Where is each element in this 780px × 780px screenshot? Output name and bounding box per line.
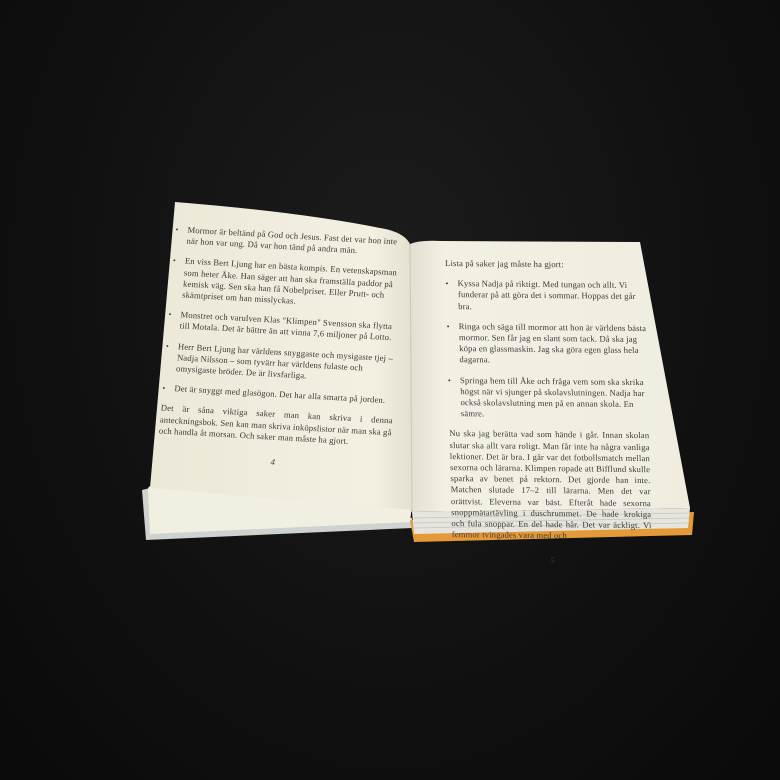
list-heading: Lista på saker jag måste ha gjort: [445,258,645,271]
right-bullet: Ringa och säga till mormor att hon är vä… [447,321,648,368]
page-number-right: 5 [452,555,652,568]
right-paragraph: Nu ska jag berätta vad som hände i går. … [449,428,652,542]
right-bullet: Kyssa Nadja på riktigt. Med tungan och a… [445,278,646,314]
left-bullet: En viss Bert Ljung har en bästa kompis. … [170,255,405,313]
left-bullet: Det är snyggt med glasögon. Det har alla… [162,383,395,407]
right-bullet: Springa hem till Åke och fråga vem som s… [448,375,649,422]
left-page-text: Mormor är beltänd på God och Jesus. Fast… [156,224,407,474]
left-bullet: Monstret och varulven Klas "Klimpen" Sve… [167,309,400,344]
left-paragraph: Det är såna viktiga saker man kan skriva… [159,403,393,449]
right-page-text: Lista på saker jag måste ha gjort: Kyssa… [445,258,653,568]
left-bullet: Herr Bert Ljung har världens snyggaste o… [164,340,398,386]
